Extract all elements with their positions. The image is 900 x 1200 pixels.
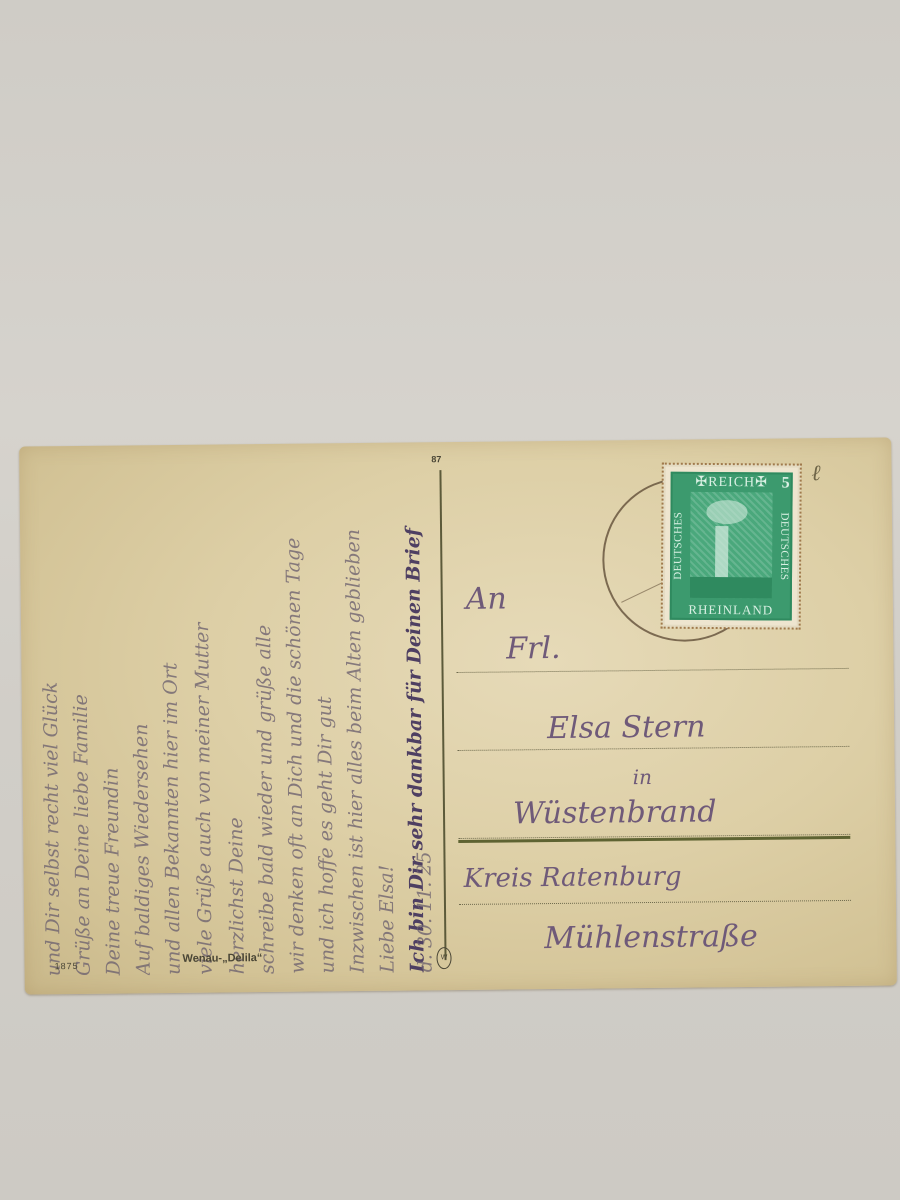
- postcard: und Dir selbst recht viel Glück Grüße an…: [19, 437, 897, 994]
- address-street: Mühlenstraße: [544, 919, 758, 956]
- stamp-region: RHEINLAND: [672, 602, 790, 619]
- message-line: Grüße an Deine liebe Familie: [67, 456, 96, 976]
- message-greeting: Liebe Elsa!: [371, 453, 400, 973]
- publisher-imprint: Wenau-„Delila“: [182, 952, 262, 965]
- address-town: Wüstenbrand: [513, 794, 717, 831]
- message-line: und ich hoffe es geht Dir gut: [311, 453, 340, 973]
- message-line: Inzwischen ist hier alles beim Alten geb…: [341, 453, 370, 973]
- message-line: herzlichst Deine: [221, 454, 250, 974]
- pencil-mark: ℓ: [811, 460, 820, 486]
- address-line-rule: [457, 668, 849, 673]
- message-date: d. 30. 11. 25: [411, 632, 439, 972]
- address-line-rule: [459, 900, 851, 905]
- stamp-left-text: DEUTSCHES: [672, 492, 689, 600]
- postage-stamp: ✠REICH✠ 5 DEUTSCHES DEUTSCHES RHEINLAND: [665, 467, 798, 626]
- address-line-rule: [457, 746, 849, 751]
- stamp-country: ✠REICH✠: [673, 474, 791, 492]
- address-line-rule-bold: [458, 836, 850, 843]
- center-divider: [439, 470, 446, 960]
- message-line: Deine treue Freundin: [97, 456, 126, 976]
- address-title: Frl.: [506, 631, 561, 667]
- message-line: wir denken oft an Dich und die schönen T…: [281, 454, 310, 974]
- series-number: 87: [431, 454, 441, 464]
- stamp-value: 5: [782, 474, 790, 492]
- address-block: An Frl. Elsa Stern in Wüstenbrand Kreis …: [19, 437, 891, 446]
- message-line: viele Grüße auch von meiner Mutter: [189, 455, 218, 975]
- address-in: in: [633, 765, 653, 789]
- publisher-monogram-icon: W: [436, 947, 451, 969]
- address-salutation: An: [466, 581, 507, 616]
- message-line: und Dir selbst recht viel Glück: [37, 456, 66, 976]
- address-recipient: Elsa Stern: [547, 709, 706, 746]
- message-line: und allen Bekannten hier im Ort: [157, 455, 186, 975]
- castle-tower-icon: [690, 492, 773, 599]
- handwritten-message: und Dir selbst recht viel Glück Grüße an…: [29, 452, 439, 976]
- address-district: Kreis Ratenburg: [464, 862, 682, 894]
- stamp-right-text: DEUTSCHES: [774, 492, 791, 600]
- message-line: Auf baldiges Wiedersehen: [127, 455, 156, 975]
- message-line: schreibe bald wieder und grüße alle: [251, 454, 280, 974]
- print-number: 1875: [55, 961, 79, 971]
